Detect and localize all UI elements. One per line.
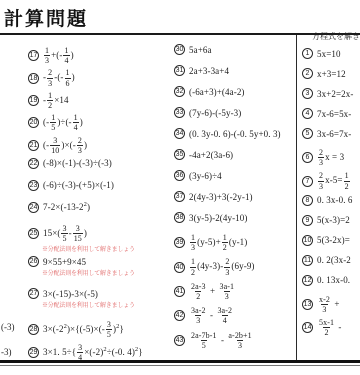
problem-expression: 3x+2=2x- <box>317 89 353 99</box>
fraction: 3a-13 <box>219 282 236 301</box>
distributive-law-note: ※分配法則を利用して解きましょう <box>42 300 178 309</box>
exponent: 2 <box>64 323 67 330</box>
problem-number-badge: 37 <box>174 191 185 202</box>
problem-expression: 23x-5=12 <box>317 171 351 190</box>
problem-row: 33x+2=2x- <box>302 88 360 99</box>
problem-row: 33(7y-6)-(-5y-3) <box>174 107 300 118</box>
problem-row: 383(y-5)-2(4y-10) <box>174 212 300 223</box>
problem-expression: -12×14 <box>43 91 69 110</box>
fraction: 5x-12 <box>318 318 335 337</box>
exponent: 2 <box>103 345 106 352</box>
problem-number-badge: 42 <box>174 310 185 321</box>
problem-number-badge: 22 <box>28 158 39 169</box>
problem-expression: 15×(35-315) <box>43 224 87 243</box>
problem-row: 18-23-(-16) <box>28 68 178 87</box>
fraction: a-2b+13 <box>227 331 252 350</box>
problem-row: 623x = 3 <box>302 148 360 167</box>
problem-expression: 5(3-2x)= <box>317 235 350 245</box>
problem-expression: (-8)×(-1)-(-3)÷(-3) <box>43 158 112 168</box>
problem-row: 1713+(-14) <box>28 46 178 65</box>
fraction: 23 <box>47 68 53 87</box>
problem-row: 247-2×(-13-22) <box>28 202 178 213</box>
problem-row: 283×(-22)×{(-5)×(-35)2} <box>28 320 178 339</box>
simplify-problems-column: 305a+6a312a+3-3a+432(-6a+3)+(4a-2)33(7y-… <box>174 44 300 355</box>
problem-number-badge: 6 <box>302 152 313 163</box>
equations-problems-column: 方程式を解き 15x=102x+3=1233x+2=2x-47x-6=5x-53… <box>302 31 360 342</box>
fraction: 12 <box>344 171 350 190</box>
problem-row: 723x-5=12 <box>302 171 360 190</box>
problem-row: 432a-7b-15 - a-2b+13 <box>174 331 300 350</box>
problem-number-badge: 10 <box>302 235 313 246</box>
problem-expression: 5a+6a <box>189 45 212 55</box>
problem-row: 269×55+9×45※分配法則を利用して解きましょう <box>28 256 178 277</box>
problem-expression: 3x-6=7x- <box>317 129 351 139</box>
problem-expression: 0. 13x-0. <box>317 275 350 285</box>
problem-number-badge: 8 <box>302 195 313 206</box>
problem-row: 13x-23 + <box>302 295 360 314</box>
problem-expression: (0. 3y-0. 6)-(-0. 5y+0. 3) <box>189 129 281 139</box>
problem-expression: 2a+3-3a+4 <box>189 66 229 76</box>
problem-expression: 3×(-22)×{(-5)×(-35)2} <box>43 320 124 339</box>
problem-row: 34(0. 3y-0. 6)-(-0. 5y+0. 3) <box>174 128 300 139</box>
problem-expression: -23-(-16) <box>43 68 75 87</box>
problem-number-badge: 40 <box>174 262 185 273</box>
clipped-expression-fragment: -3) <box>1 347 12 357</box>
problem-number-badge: 20 <box>28 117 39 128</box>
problem-row: 2x+3=12 <box>302 68 360 79</box>
problem-number-badge: 3 <box>302 88 313 99</box>
problem-expression: 9×55+9×45 <box>43 257 86 267</box>
fraction: 12 <box>222 233 228 252</box>
problem-expression: (-15)÷(-14) <box>43 113 83 132</box>
problem-number-badge: 5 <box>302 128 313 139</box>
problem-number-badge: 21 <box>28 140 39 151</box>
problem-expression: 2(4y-3)+3(-2y-1) <box>189 192 253 202</box>
fraction: 14 <box>63 46 69 65</box>
fraction: 12 <box>47 91 53 110</box>
problem-number-badge: 7 <box>302 176 313 187</box>
problem-row: 3913(y-5)+12(y-1) <box>174 233 300 252</box>
problem-row: 32(-6a+3)+(4a-2) <box>174 86 300 97</box>
problem-number-badge: 32 <box>174 86 185 97</box>
problem-row: 15x=10 <box>302 48 360 59</box>
fraction: 310 <box>50 136 60 155</box>
problem-number-badge: 30 <box>174 44 185 55</box>
problem-number-badge: 43 <box>174 335 185 346</box>
problem-row: 105(3-2x)= <box>302 235 360 246</box>
fraction: 14 <box>73 113 79 132</box>
problem-number-badge: 17 <box>28 50 39 61</box>
problem-expression: 13(y-5)+12(y-1) <box>189 233 247 252</box>
problem-number-badge: 38 <box>174 212 185 223</box>
problem-number-badge: 14 <box>302 322 313 333</box>
problem-expression: 3(y-5)-2(4y-10) <box>189 213 247 223</box>
problem-number-badge: 9 <box>302 215 313 226</box>
problem-number-badge: 36 <box>174 170 185 181</box>
problem-row: 19-12×14 <box>28 91 178 110</box>
problem-row: 412a-32 + 3a-13 <box>174 282 300 301</box>
problem-expression: (-6)÷(-3)-(+5)×(-1) <box>43 180 114 190</box>
page-title: 計算問題 <box>4 4 88 31</box>
problem-row: 423a-23 - 3a-24 <box>174 306 300 325</box>
problem-number-badge: 18 <box>28 73 39 84</box>
problem-row: 273×(-15)-3×(-5)※分配法則を利用して解きましょう <box>28 288 178 309</box>
bottom-border-thick <box>0 360 360 363</box>
problem-row: 95(x-3)=2 <box>302 215 360 226</box>
problem-expression: 23x = 3 <box>317 148 344 167</box>
problem-expression: 2a-7b-15 - a-2b+13 <box>189 331 254 350</box>
problem-expression: 7x-6=5x- <box>317 109 351 119</box>
problem-number-badge: 11 <box>302 255 313 266</box>
problem-number-badge: 34 <box>174 128 185 139</box>
problem-row: 22(-8)×(-1)-(-3)÷(-3) <box>28 158 178 169</box>
problem-expression: 12(4y-3)-23(6y-9) <box>189 257 255 276</box>
problem-number-badge: 31 <box>174 65 185 76</box>
problem-expression: -4a+2(3a-6) <box>189 150 233 160</box>
fraction: 2a-32 <box>190 282 207 301</box>
problem-number-badge: 41 <box>174 286 185 297</box>
problem-number-badge: 1 <box>302 48 313 59</box>
problem-expression: (7y-6)-(-5y-3) <box>189 108 241 118</box>
problem-expression: (-6a+3)+(4a-2) <box>189 87 245 97</box>
fraction: 315 <box>73 224 83 243</box>
exponent: 2 <box>84 201 87 208</box>
problem-expression: 5x-12 - <box>317 318 342 337</box>
problem-row: 80. 3x-0. 6 <box>302 195 360 206</box>
fraction: 2a-7b-15 <box>190 331 218 350</box>
fraction: 12 <box>190 257 196 276</box>
problem-number-badge: 26 <box>28 256 39 267</box>
problem-expression: 2a-32 + 3a-13 <box>189 282 236 301</box>
problem-row: 372(4y-3)+3(-2y-1) <box>174 191 300 202</box>
problem-number-badge: 13 <box>302 299 313 310</box>
problem-number-badge: 12 <box>302 275 313 286</box>
problem-row: 23(-6)÷(-3)-(+5)×(-1) <box>28 180 178 191</box>
fraction: x-23 <box>318 295 331 314</box>
arithmetic-problems-column: 1713+(-14)18-23-(-16)19-12×1420(-15)÷(-1… <box>28 46 178 365</box>
problem-row: 2515×(35-315)※分配法則を利用して解きましょう <box>28 224 178 253</box>
problem-expression: 0. 2(3x-2 <box>317 255 351 265</box>
clipped-expression-fragment: (-3) <box>1 322 15 332</box>
problem-number-badge: 2 <box>302 68 313 79</box>
fraction: 23 <box>224 257 230 276</box>
problem-row: 312a+3-3a+4 <box>174 65 300 76</box>
problem-row: 47x-6=5x- <box>302 108 360 119</box>
problem-expression: 7-2×(-13-22) <box>43 202 90 212</box>
exponent: 2 <box>135 345 138 352</box>
problem-row: 20(-15)÷(-14) <box>28 113 178 132</box>
problem-number-badge: 4 <box>302 108 313 119</box>
distributive-law-note: ※分配法則を利用して解きましょう <box>42 244 178 253</box>
problem-number-badge: 35 <box>174 149 185 160</box>
problem-number-badge: 28 <box>28 324 39 335</box>
fraction: 3a-24 <box>216 306 233 325</box>
equations-heading: 方程式を解き <box>312 31 360 42</box>
fraction: 3a-23 <box>190 306 207 325</box>
problem-number-badge: 29 <box>28 347 39 358</box>
exponent: 2 <box>116 323 119 330</box>
problem-row: 4012(4y-3)-23(6y-9) <box>174 257 300 276</box>
problem-number-badge: 33 <box>174 107 185 118</box>
problem-expression: x+3=12 <box>317 69 346 79</box>
fraction: 13 <box>190 233 196 252</box>
bottom-border-thin <box>0 365 360 366</box>
problem-row: 120. 13x-0. <box>302 275 360 286</box>
problem-expression: 5x=10 <box>317 49 341 59</box>
worksheet-page: 計算問題 1713+(-14)18-23-(-16)19-12×1420(-15… <box>0 0 360 375</box>
problem-expression: 5(x-3)=2 <box>317 215 350 225</box>
problem-expression: x-23 + <box>317 295 340 314</box>
fraction: 35 <box>106 320 112 339</box>
fraction: 23 <box>318 171 324 190</box>
problem-number-badge: 23 <box>28 180 39 191</box>
problem-expression: (3y-6)÷4 <box>189 171 222 181</box>
problem-row: 53x-6=7x- <box>302 128 360 139</box>
problem-number-badge: 27 <box>28 288 39 299</box>
fraction: 35 <box>61 224 67 243</box>
problem-row: 145x-12 - <box>302 318 360 337</box>
problem-number-badge: 39 <box>174 237 185 248</box>
fraction: 13 <box>44 46 50 65</box>
fraction: 23 <box>77 136 83 155</box>
problem-expression: 0. 3x-0. 6 <box>317 195 353 205</box>
problem-expression: 13+(-14) <box>43 46 74 65</box>
problem-row: 21(-310)×(-23) <box>28 136 178 155</box>
problem-expression: 3a-23 - 3a-24 <box>189 306 234 325</box>
problem-row: 36(3y-6)÷4 <box>174 170 300 181</box>
fraction: 23 <box>318 148 324 167</box>
problem-expression: 3×(-15)-3×(-5) <box>43 289 98 299</box>
problem-row: 110. 2(3x-2 <box>302 255 360 266</box>
distributive-law-note: ※分配法則を利用して解きましょう <box>42 268 178 277</box>
problem-number-badge: 19 <box>28 95 39 106</box>
problem-number-badge: 25 <box>28 228 39 239</box>
fraction: 16 <box>65 68 71 87</box>
fraction: 15 <box>50 113 56 132</box>
problem-expression: (-310)×(-23) <box>43 136 87 155</box>
problem-row: 305a+6a <box>174 44 300 55</box>
problem-row: 35-4a+2(3a-6) <box>174 149 300 160</box>
problem-number-badge: 24 <box>28 202 39 213</box>
